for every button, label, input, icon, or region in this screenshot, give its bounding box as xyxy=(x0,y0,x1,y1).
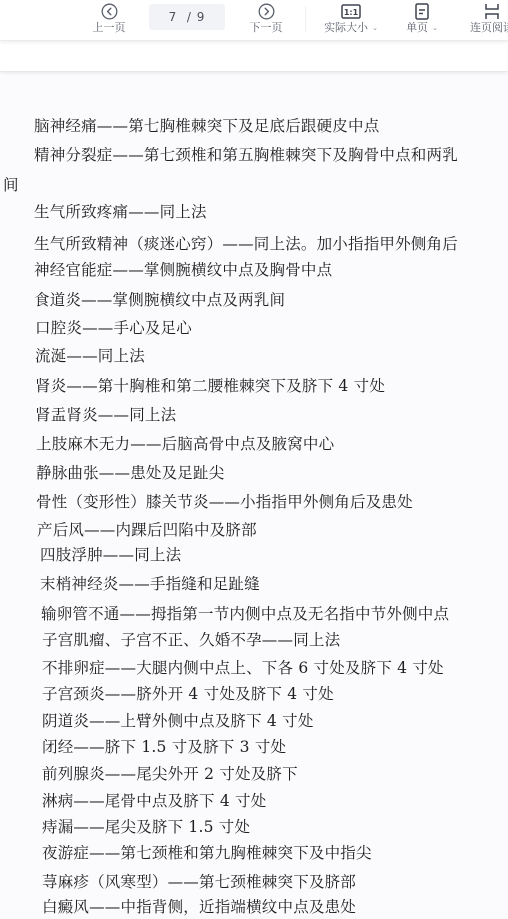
text-line: 夜游症——第七颈椎和第九胸椎棘突下及中指尖 xyxy=(42,843,372,863)
text-line: 流涎——同上法 xyxy=(35,346,145,366)
actual-size-label: 实际大小 xyxy=(324,21,368,35)
chevron-right-circle-icon xyxy=(258,1,275,21)
chevron-down-icon: ⌄ xyxy=(372,21,378,35)
text-line: 闭经——脐下 1.5 寸及脐下 3 寸处 xyxy=(42,737,286,757)
text-line: 肾炎——第十胸椎和第二腰椎棘突下及脐下 4 寸处 xyxy=(35,376,385,396)
continuous-reading-button[interactable]: 连页阅读 xyxy=(462,0,508,41)
text-line: 肾盂肾炎——同上法 xyxy=(35,405,176,425)
svg-text:1:1: 1:1 xyxy=(344,8,359,17)
single-page-icon xyxy=(415,1,429,21)
prev-page-button[interactable]: 上一页 xyxy=(88,0,130,41)
next-page-button[interactable]: 下一页 xyxy=(245,0,287,41)
toolbar-spacer xyxy=(0,41,508,71)
text-line: 四肢浮肿——同上法 xyxy=(40,545,181,565)
text-line: 子宫颈炎——脐外开 4 寸处及脐下 4 寸处 xyxy=(42,684,334,704)
text-line: 产后风——内踝后凹陷中及脐部 xyxy=(37,520,257,540)
single-page-label: 单页 xyxy=(406,21,428,35)
actual-size-button[interactable]: 1:1 实际大小 ⌄ xyxy=(318,0,384,41)
text-line: 生气所致疼痛——同上法 xyxy=(34,202,207,222)
actual-size-label-wrap: 实际大小 ⌄ xyxy=(324,21,378,35)
text-line: 白癜风——中指背侧，近指端横纹中点及患处 xyxy=(42,897,356,917)
chevron-left-circle-icon xyxy=(101,1,118,21)
single-page-label-wrap: 单页 ⌄ xyxy=(406,21,438,35)
prev-page-label: 上一页 xyxy=(93,21,126,35)
continuous-reading-label: 连页阅读 xyxy=(470,21,508,35)
text-line: 末梢神经炎——手指缝和足趾缝 xyxy=(40,574,260,594)
text-line: 间 xyxy=(3,175,19,195)
document-page: 脑神经痛——第七胸椎棘突下及足底后跟硬皮中点精神分裂症——第七颈椎和第五胸椎棘突… xyxy=(0,72,508,919)
continuous-page-icon xyxy=(484,1,500,21)
text-line: 前列腺炎——尾尖外开 2 寸处及脐下 xyxy=(42,764,298,784)
text-line: 骨性（变形性）膝关节炎——小指指甲外侧角后及患处 xyxy=(36,492,413,512)
text-line: 上肢麻木无力——后脑高骨中点及腋窝中心 xyxy=(36,434,334,454)
text-line: 不排卵症——大腿内侧中点上、下各 6 寸处及脐下 4 寸处 xyxy=(42,658,444,678)
pdf-viewer-toolbar: 上一页 7 / 9 下一页 1:1 实际大小 ⌄ xyxy=(0,0,508,41)
text-line: 精神分裂症——第七颈椎和第五胸椎棘突下及胸骨中点和两乳 xyxy=(34,145,458,165)
text-line: 阴道炎——上臂外侧中点及脐下 4 寸处 xyxy=(42,711,314,731)
text-line: 痔漏——尾尖及脐下 1.5 寸处 xyxy=(42,817,250,837)
text-line: 淋病——尾骨中点及脐下 4 寸处 xyxy=(42,791,266,811)
single-page-button[interactable]: 单页 ⌄ xyxy=(402,0,442,41)
page-number-input[interactable]: 7 / 9 xyxy=(149,4,225,30)
text-line: 荨麻疹（风寒型）——第七颈椎棘突下及脐部 xyxy=(42,872,356,892)
text-line: 脑神经痛——第七胸椎棘突下及足底后跟硬皮中点 xyxy=(34,116,379,136)
text-line: 生气所致精神（痰迷心窍）——同上法。加小指指甲外侧角后 xyxy=(34,234,458,254)
text-line: 子宫肌瘤、子宫不正、久婚不孕——同上法 xyxy=(42,630,340,650)
chevron-down-icon: ⌄ xyxy=(432,21,438,35)
text-line: 食道炎——掌侧腕横纹中点及两乳间 xyxy=(34,290,285,310)
text-line: 输卵管不通——拇指第一节内侧中点及无名指中节外侧中点 xyxy=(41,604,449,624)
toolbar-divider xyxy=(305,6,306,32)
actual-size-icon: 1:1 xyxy=(341,1,361,21)
next-page-label: 下一页 xyxy=(250,21,283,35)
page-indicator-text: 7 / 9 xyxy=(169,10,206,24)
text-line: 神经官能症——掌侧腕横纹中点及胸骨中点 xyxy=(34,260,332,280)
text-line: 口腔炎——手心及足心 xyxy=(35,318,192,338)
text-line: 静脉曲张——患处及足趾尖 xyxy=(36,463,224,483)
